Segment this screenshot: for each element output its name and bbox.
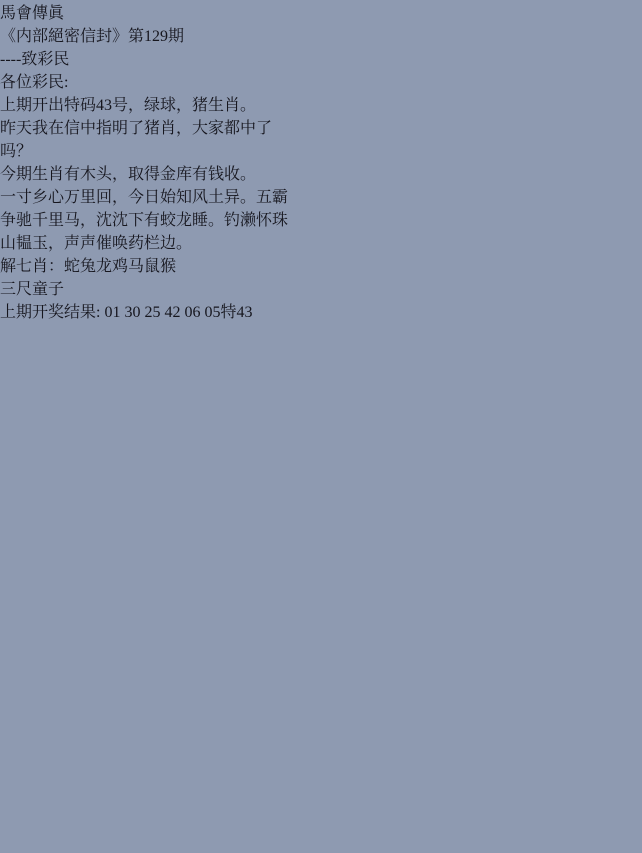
- text-line: 昨天我在信中指明了猪肖，大家都中了: [0, 115, 642, 138]
- text-line: 今期生肖有木头，取得金库有钱收。: [0, 161, 642, 184]
- fax-sheet: 馬會傳眞 《内部絕密信封》第129期 ----致彩民 各位彩民: 上期开出特码4…: [0, 0, 642, 853]
- text-line: 山韫玉，声声催唤药栏边。: [0, 230, 642, 253]
- text-line: 上期开出特码43号，绿球，猪生肖。: [0, 92, 642, 115]
- signature: 三尺童子: [0, 276, 642, 299]
- seven-zodiac-tip: 解七肖：蛇兔龙鸡马鼠猴: [0, 253, 642, 276]
- text-line: 争驰千里马，沈沈下有蛟龙睡。钓濑怀珠: [0, 207, 642, 230]
- issue-line: 《内部絕密信封》第129期: [0, 23, 642, 46]
- dedication-line: ----致彩民: [0, 46, 642, 69]
- text-line: 一寸乡心万里回，今日始知风土异。五霸: [0, 184, 642, 207]
- paragraph-previous-draw: 上期开出特码43号，绿球，猪生肖。 昨天我在信中指明了猪肖，大家都中了 吗？: [0, 92, 642, 161]
- paragraph-current-tip-poem: 今期生肖有木头，取得金库有钱收。 一寸乡心万里回，今日始知风土异。五霸 争驰千里…: [0, 161, 642, 253]
- salutation: 各位彩民:: [0, 69, 642, 92]
- page-title: 馬會傳眞: [0, 0, 642, 23]
- previous-draw-result: 上期开奖结果: 01 30 25 42 06 05特43: [0, 299, 642, 322]
- text-line: 吗？: [0, 138, 642, 161]
